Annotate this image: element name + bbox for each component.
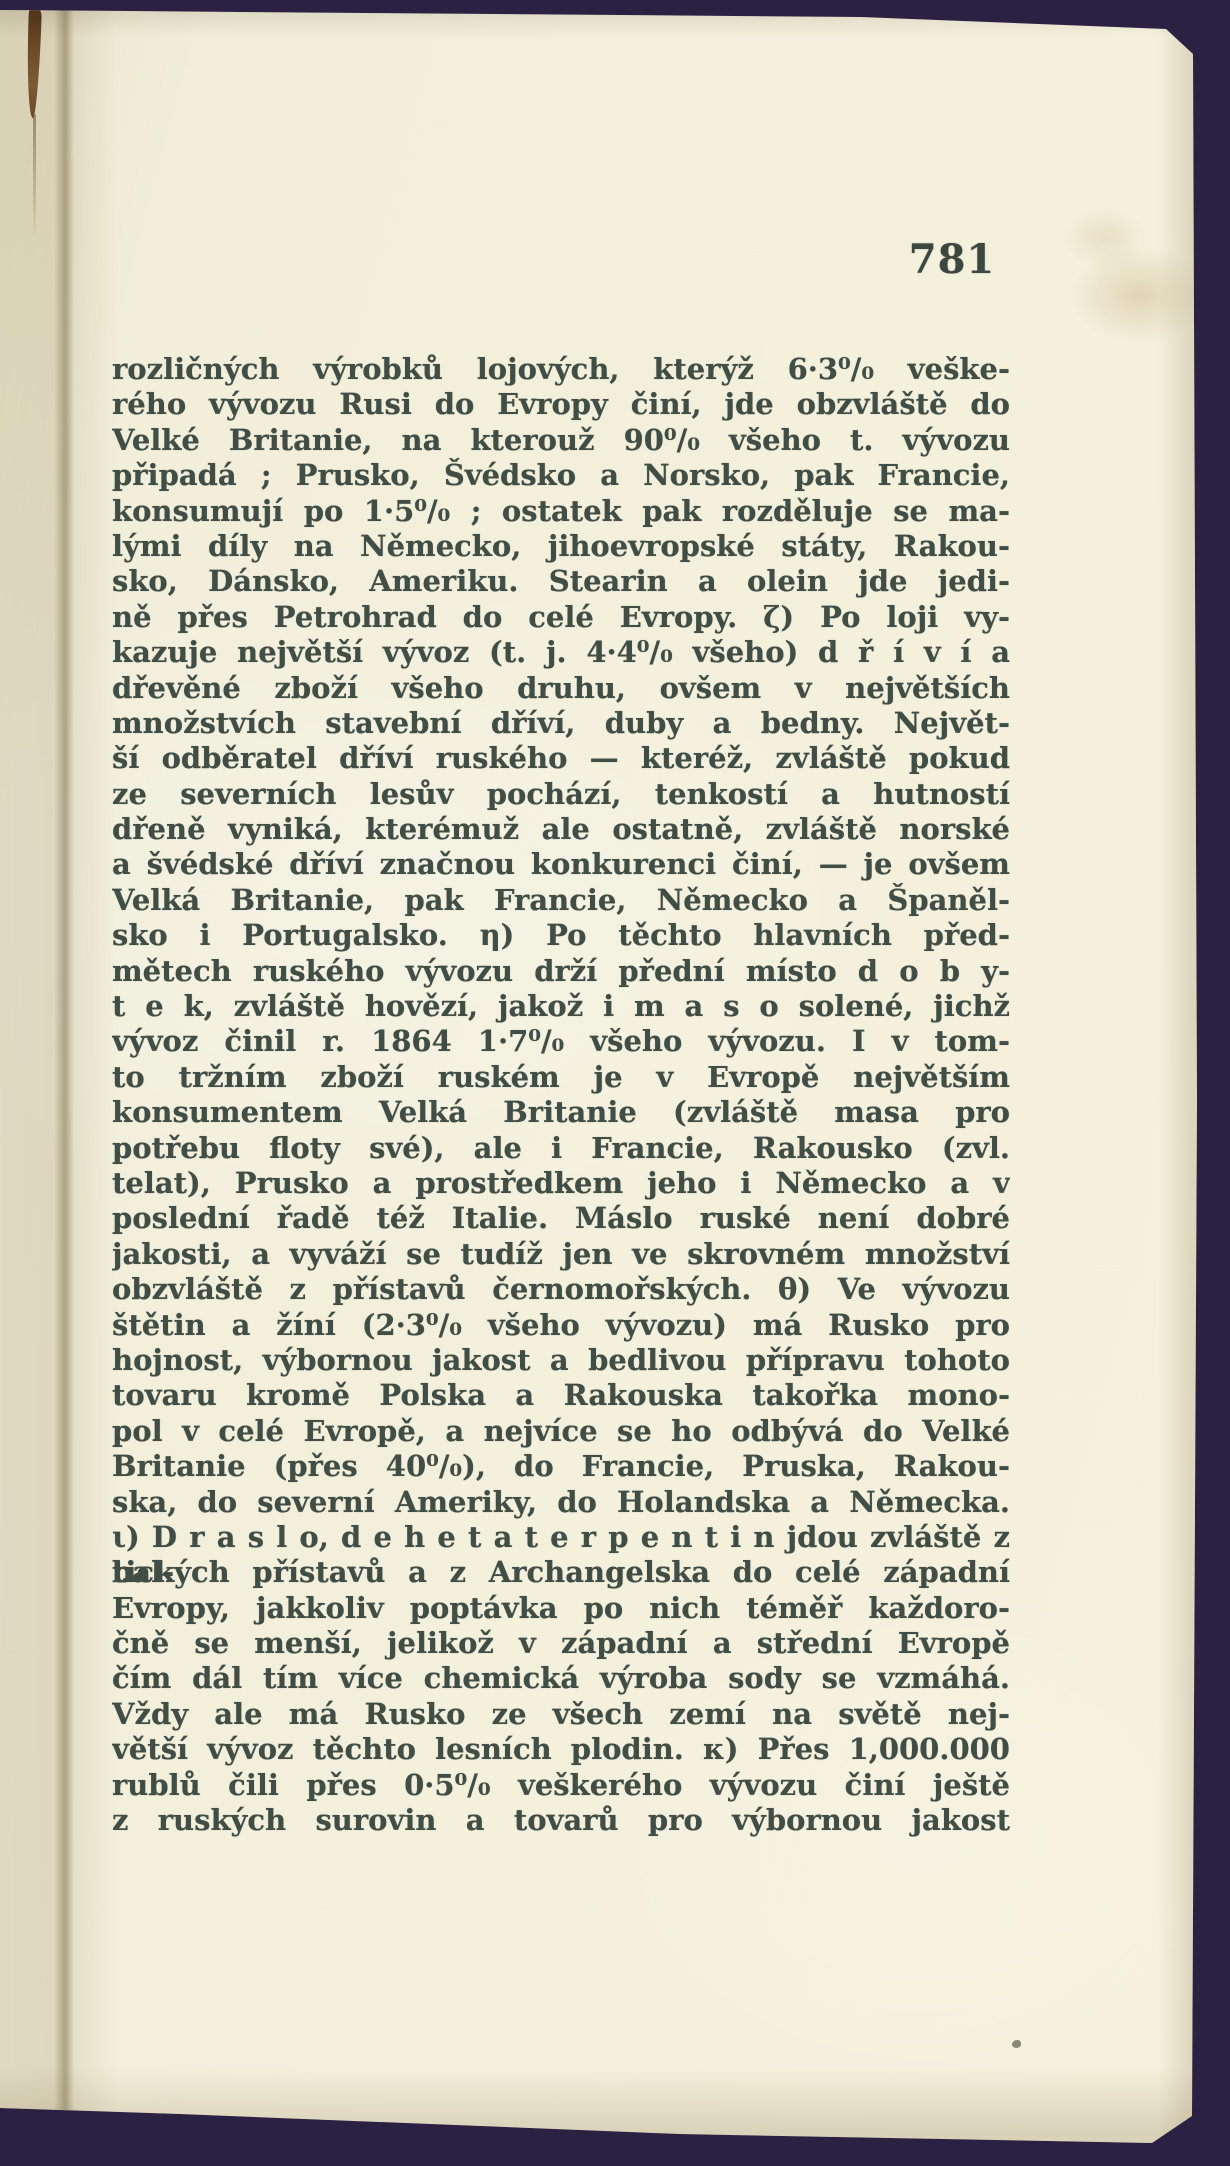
page-gutter-shadow: [0, 0, 118, 2166]
text-line: dřevěné zboží všeho druhu, ovšem v nejvě…: [112, 671, 1010, 706]
text-line: Velké Britanie, na kterouž 90⁰/₀ všeho t…: [112, 423, 1010, 458]
text-line: ně přes Petrohrad do celé Evropy. ζ) Po …: [112, 600, 1010, 635]
text-line: ska, do severní Ameriky, do Holandska a …: [112, 1485, 1010, 1520]
page-number: 781: [906, 236, 998, 283]
page-bottom-edge-shadow: [0, 2066, 1230, 2150]
text-line: z ruských surovin a tovarů pro výbornou …: [112, 1803, 1010, 1838]
text-line: sko, Dánsko, Ameriku. Stearin a olein jd…: [112, 564, 1010, 599]
text-line: obzvláště z přístavů černomořských. θ) V…: [112, 1272, 1010, 1307]
text-line: tovaru kromě Polska a Rakouska takořka m…: [112, 1378, 1010, 1413]
paper-speck: [1012, 2040, 1021, 2048]
text-line: sko i Portugalsko. η) Po těchto hlavních…: [112, 918, 1010, 953]
text-line: Vždy ale má Rusko ze všech zemí na světě…: [112, 1697, 1010, 1732]
text-line: Velká Britanie, pak Francie, Německo a Š…: [112, 883, 1010, 918]
text-line: jakosti, a vyváží se tudíž jen ve skrovn…: [112, 1237, 1010, 1272]
text-line: rého vývozu Rusi do Evropy činí, jde obz…: [112, 387, 1010, 422]
text-line: čím dál tím více chemická výroba sody se…: [112, 1661, 1010, 1696]
text-line: hojnost, výbornou jakost a bedlivou příp…: [112, 1343, 1010, 1378]
text-line: ze severních lesův pochází, tenkostí a h…: [112, 777, 1010, 812]
text-line: ší odběratel dříví ruského — kteréž, zvl…: [112, 741, 1010, 776]
text-line: tických přístavů a z Archangelska do cel…: [112, 1555, 1010, 1590]
text-line: to tržním zboží ruském je v Evropě nejvě…: [112, 1060, 1010, 1095]
text-line: Evropy, jakkoliv poptávka po nich téměř …: [112, 1591, 1010, 1626]
text-line: čně se menší, jelikož v západní a středn…: [112, 1626, 1010, 1661]
text-line: připadá ; Prusko, Švédsko a Norsko, pak …: [112, 458, 1010, 493]
text-line: štětin a žíní (2·3⁰/₀ všeho vývozu) má R…: [112, 1308, 1010, 1343]
page-right-edge-shadow: [1158, 28, 1198, 2140]
text-line: vývoz činil r. 1864 1·7⁰/₀ všeho vývozu.…: [112, 1024, 1010, 1059]
text-line: pol v celé Evropě, a nejvíce se ho odbýv…: [112, 1414, 1010, 1449]
text-line: t e k, zvláště hovězí, jakož i m a s o s…: [112, 989, 1010, 1024]
text-line: konsumentem Velká Britanie (zvláště masa…: [112, 1095, 1010, 1130]
text-line: mětech ruského vývozu drží přední místo …: [112, 954, 1010, 989]
text-line: konsumují po 1·5⁰/₀ ; ostatek pak rozděl…: [112, 494, 1010, 529]
book-page: 781 rozličných výrobků lojových, kterýž …: [0, 0, 1230, 2166]
text-line: větší vývoz těchto lesních plodin. κ) Př…: [112, 1732, 1010, 1767]
text-line: telat), Prusko a prostředkem jeho i Něme…: [112, 1166, 1010, 1201]
text-line: rublů čili přes 0·5⁰/₀ veškerého vývozu …: [112, 1768, 1010, 1803]
text-line: ι) D r a s l o, d e h e t a t e r p e n …: [112, 1520, 1010, 1555]
book-scan: 781 rozličných výrobků lojových, kterýž …: [0, 0, 1230, 2166]
ink-mark-tail: [33, 114, 36, 236]
text-line: rozličných výrobků lojových, kterýž 6·3⁰…: [112, 352, 1010, 387]
text-line: dřeně vyniká, kterémuž ale ostatně, zvlá…: [112, 812, 1010, 847]
text-line: poslední řadě též Italie. Máslo ruské ne…: [112, 1201, 1010, 1236]
text-line: lými díly na Německo, jihoevropské státy…: [112, 529, 1010, 564]
text-line: kazuje největší vývoz (t. j. 4·4⁰/₀ všeh…: [112, 635, 1010, 670]
page-top-edge-shadow: [0, 0, 1230, 44]
text-line: potřebu floty své), ale i Francie, Rakou…: [112, 1131, 1010, 1166]
body-text: rozličných výrobků lojových, kterýž 6·3⁰…: [112, 352, 1010, 1852]
text-line: Britanie (přes 40⁰/₀), do Francie, Prusk…: [112, 1449, 1010, 1484]
text-line: množstvích stavební dříví, duby a bedny.…: [112, 706, 1010, 741]
text-line: a švédské dříví značnou konkurenci činí,…: [112, 847, 1010, 882]
